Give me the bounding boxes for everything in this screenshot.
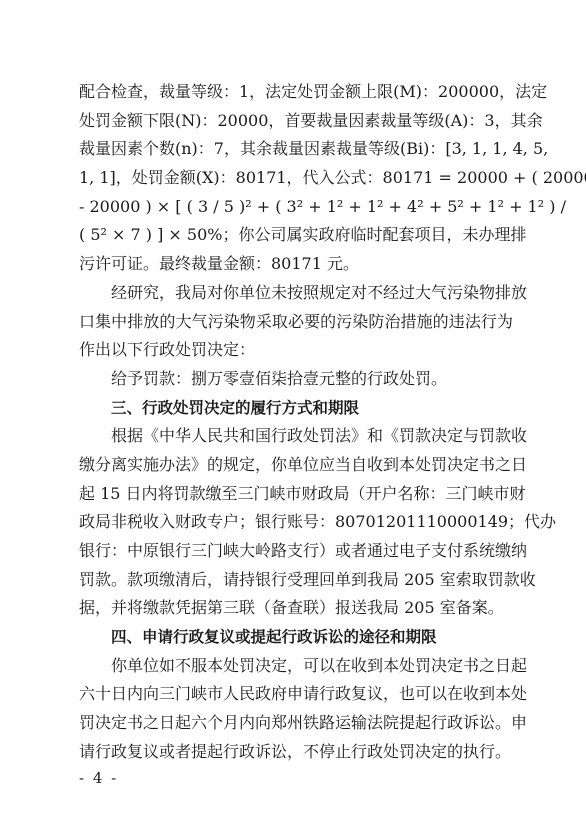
text-line: 配合检查，裁量等级：1，法定处罚金额上限(M)：200000，法定 bbox=[79, 78, 513, 107]
text-line: 给予罚款：捌万零壹佰柒拾壹元整的行政处罚。 bbox=[79, 365, 513, 394]
paragraph-penalty-calculation: 配合检查，裁量等级：1，法定处罚金额上限(M)：200000，法定 处罚金额下限… bbox=[79, 78, 513, 279]
section-heading-appeal: 四、申请行政复议或提起行政诉讼的途径和期限 bbox=[79, 623, 513, 652]
text-line: 作出以下行政处罚决定： bbox=[79, 336, 513, 365]
paragraph-penalty-amount: 给予罚款：捌万零壹佰柒拾壹元整的行政处罚。 bbox=[79, 365, 513, 394]
paragraph-decision-intro: 经研究，我局对你单位未按照规定对不经过大气污染物排放 口集中排放的大气污染物采取… bbox=[79, 279, 513, 365]
paragraph-appeal-rights: 你单位如不服本处罚决定，可以在收到本处罚决定书之日起 六十日内向三门峡市人民政府… bbox=[79, 652, 513, 767]
text-line: 根据《中华人民共和国行政处罚法》和《罚款决定与罚款收 bbox=[79, 422, 513, 451]
text-line: 六十日内向三门峡市人民政府申请行政复议，也可以在收到本处 bbox=[79, 680, 513, 709]
text-line: 处罚金额下限(N)：20000，首要裁量因素裁量等级(A)：3，其余 bbox=[79, 107, 513, 136]
text-line: 污许可证。最终裁量金额：80171 元。 bbox=[79, 250, 513, 279]
page-number: - 4 - bbox=[79, 767, 513, 789]
text-line: 请行政复议或者提起行政诉讼，不停止行政处罚决定的执行。 bbox=[79, 738, 513, 767]
text-line: 起 15 日内将罚款缴至三门峡市财政局（开户名称：三门峡市财 bbox=[79, 480, 513, 509]
text-line: 1, 1]，处罚金额(X)：80171，代入公式：80171 = 20000 +… bbox=[79, 164, 513, 193]
document-page: 配合检查，裁量等级：1，法定处罚金额上限(M)：200000，法定 处罚金额下限… bbox=[79, 78, 513, 789]
text-line: 银行：中原银行三门峡大岭路支行）或者通过电子支付系统缴纳 bbox=[79, 537, 513, 566]
formula-line: ( 5² × 7 ) ] × 50%；你公司属实政府临时配套项目，未办理排 bbox=[79, 221, 513, 250]
text-line: 你单位如不服本处罚决定，可以在收到本处罚决定书之日起 bbox=[79, 652, 513, 681]
text-line: 罚款。款项缴清后，请持银行受理回单到我局 205 室索取罚款收 bbox=[79, 566, 513, 595]
text-line: 口集中排放的大气污染物采取必要的污染防治措施的违法行为 bbox=[79, 308, 513, 337]
paragraph-payment-method: 根据《中华人民共和国行政处罚法》和《罚款决定与罚款收 缴分离实施办法》的规定，你… bbox=[79, 422, 513, 623]
text-line: 政局非税收入财政专户；银行账号：80701201110000149；代办 bbox=[79, 508, 513, 537]
text-line: 据，并将缴款凭据第三联（备查联）报送我局 205 室备案。 bbox=[79, 594, 513, 623]
formula-line: - 20000 ) × [ ( 3 / 5 )² + ( 3² + 1² + 1… bbox=[79, 193, 513, 222]
text-line: 经研究，我局对你单位未按照规定对不经过大气污染物排放 bbox=[79, 279, 513, 308]
text-line: 缴分离实施办法》的规定，你单位应当自收到本处罚决定书之日 bbox=[79, 451, 513, 480]
section-heading-payment: 三、行政处罚决定的履行方式和期限 bbox=[79, 394, 513, 423]
text-line: 裁量因素个数(n)：7，其余裁量因素裁量等级(Bi)：[3, 1, 1, 4, … bbox=[79, 135, 513, 164]
text-line: 罚决定书之日起六个月内向郑州铁路运输法院提起行政诉讼。申 bbox=[79, 709, 513, 738]
